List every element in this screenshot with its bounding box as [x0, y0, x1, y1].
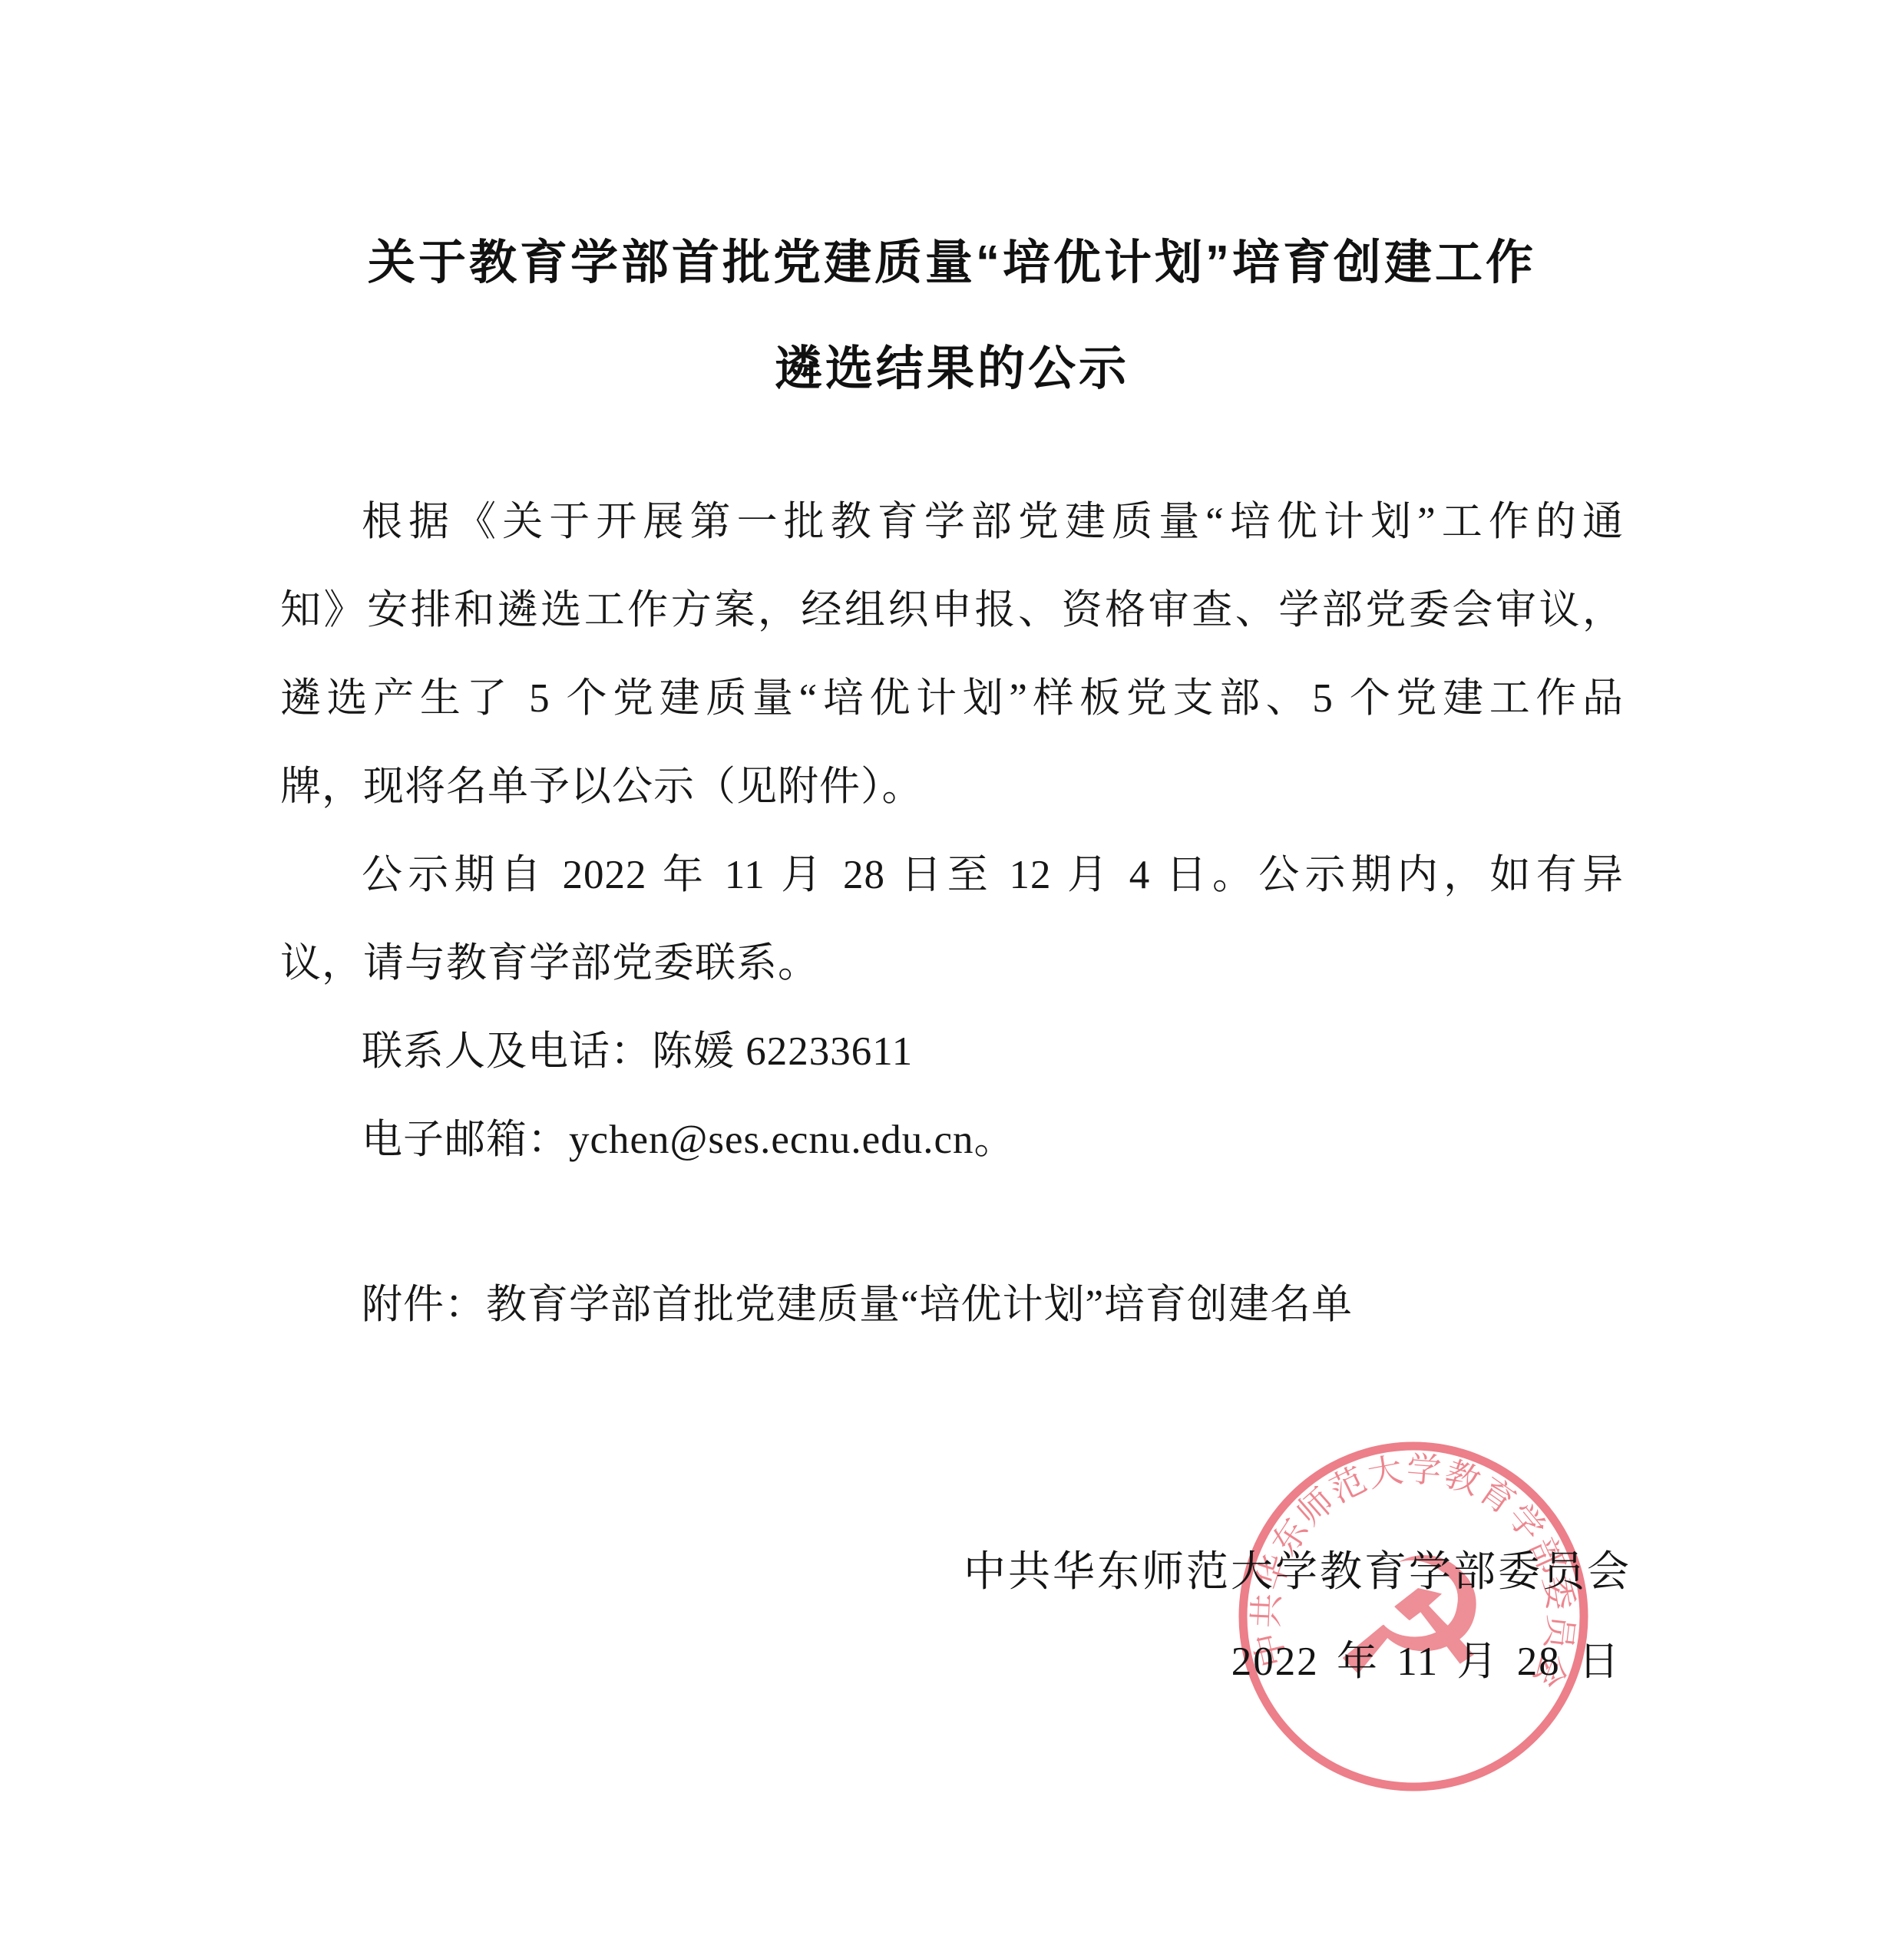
body-line-7: 联系人及电话：陈媛 62233611: [280, 1029, 1624, 1075]
body-line-5: 公示期自 2022 年 11 月 28 日至 12 月 4 日。公示期内，如有异: [280, 852, 1624, 898]
document-title-line1: 关于教育学部首批党建质量“培优计划”培育创建工作: [0, 224, 1904, 292]
attachment-line: 附件：教育学部首批党建质量“培优计划”培育创建名单: [280, 1282, 1624, 1328]
body-line-2: 知》安排和遴选工作方案，经组织申报、资格审查、学部党委会审议，: [280, 587, 1624, 633]
body-line-6: 议，请与教育学部党委联系。: [280, 940, 1624, 986]
body-line-3: 遴选产生了 5 个党建质量“培优计划”样板党支部、5 个党建工作品: [280, 675, 1624, 721]
body-line-8: 电子邮箱：ychen@ses.ecnu.edu.cn。: [280, 1117, 1624, 1163]
official-seal-stamp: 中共华东师范大学教育学部委员会 ☭: [1232, 1435, 1595, 1798]
body-line-4: 牌，现将名单予以公示（见附件）。: [280, 764, 1624, 810]
body-line-1: 根据《关于开展第一批教育学部党建质量“培优计划”工作的通: [280, 499, 1624, 545]
signature-date: 2022 年 11 月 28 日: [1231, 1629, 1621, 1687]
document-title-line2: 遴选结果的公示: [0, 330, 1904, 398]
document-page: 关于教育学部首批党建质量“培优计划”培育创建工作 遴选结果的公示 根据《关于开展…: [0, 0, 1904, 1935]
signature-committee-name: 中共华东师范大学教育学部委员会: [964, 1537, 1631, 1598]
